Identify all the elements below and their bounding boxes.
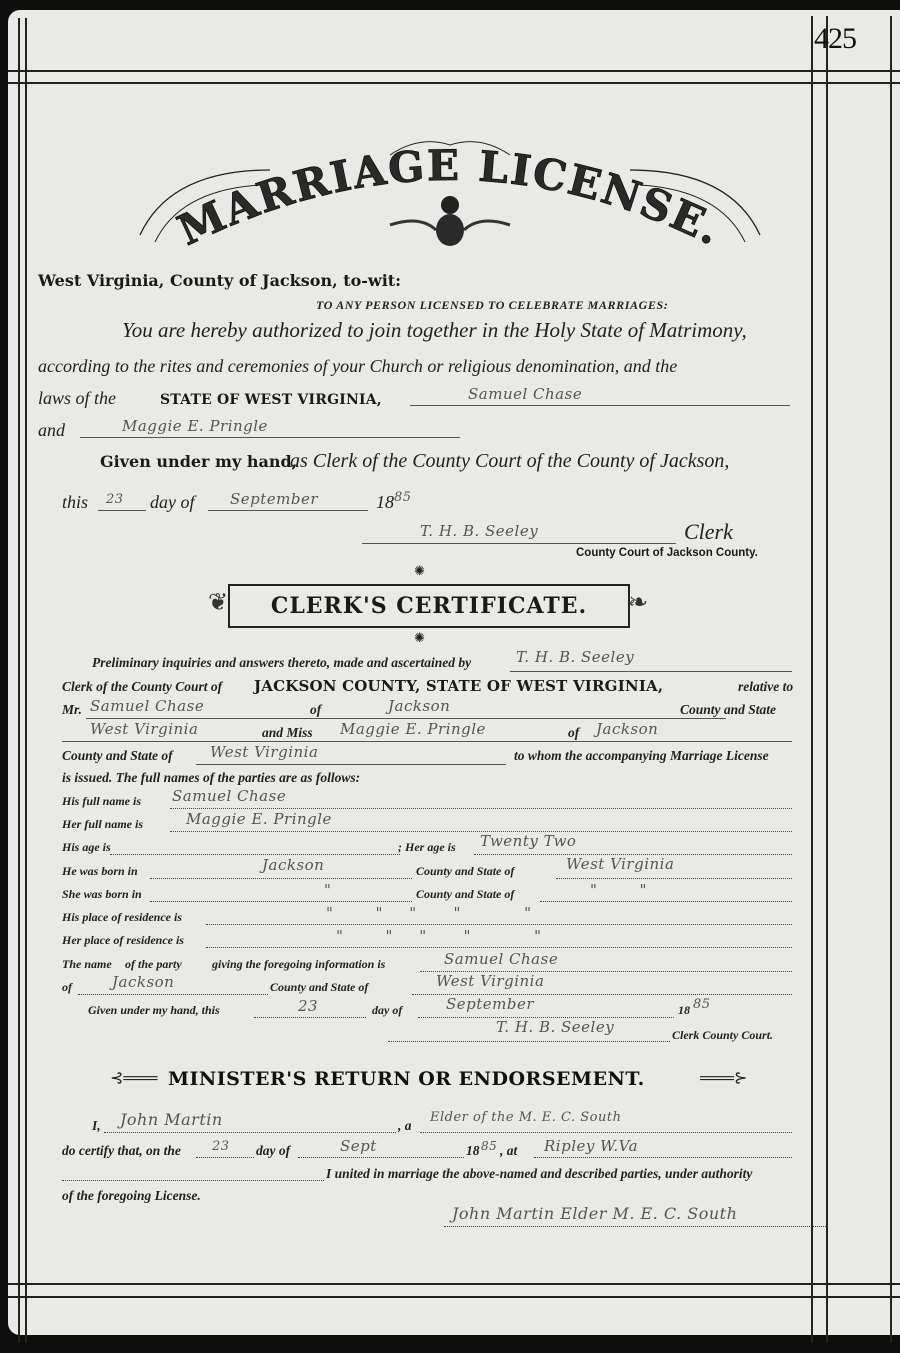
cherub-emblem-icon: [390, 196, 510, 246]
minister-title: MINISTER'S RETURN OR ENDORSEMENT.: [168, 1068, 645, 1090]
mr-county[interactable]: Jackson: [388, 697, 450, 715]
minister-ornament-right-icon: ═══⊱: [700, 1068, 747, 1088]
i-label: I,: [92, 1118, 101, 1134]
miss-of-label: of: [568, 725, 579, 741]
cert-day-line: [254, 1017, 366, 1018]
minister-title-line: [420, 1132, 792, 1133]
party-state[interactable]: West Virginia: [436, 972, 544, 990]
prelim-line: [510, 671, 792, 672]
cert-ornament-right-icon: ❧: [628, 588, 648, 617]
her-full-name[interactable]: Maggie E. Pringle: [186, 810, 332, 828]
and-label: and: [38, 420, 65, 441]
right-border-b: [826, 16, 828, 1343]
minister-year[interactable]: 85: [481, 1139, 497, 1153]
minister-place-line: [534, 1157, 792, 1158]
party-county-line: [78, 994, 268, 995]
he-born-line: [150, 878, 412, 879]
mr-of-label: of: [310, 702, 321, 718]
minister-day-line: [196, 1157, 254, 1158]
his-residence-label: His place of residence is: [62, 910, 182, 925]
license-line-1: You are hereby authorized to join togeth…: [122, 318, 747, 343]
cert-ornament-left-icon: ❦: [208, 588, 228, 617]
miss-county[interactable]: Jackson: [596, 720, 658, 738]
left-border-outer: [18, 18, 20, 1343]
given-label: Given under my hand,: [100, 452, 297, 471]
she-cs-label: County and State of: [416, 887, 514, 902]
to-whom-label: to whom the accompanying Marriage Licens…: [514, 748, 769, 764]
day-of-label: day of: [150, 492, 195, 513]
party-name[interactable]: Samuel Chase: [444, 950, 558, 968]
license-line-2: according to the rites and ceremonies of…: [38, 356, 677, 377]
left-border-inner: [25, 18, 27, 1343]
her-residence[interactable]: " " " " ": [336, 927, 542, 945]
united-blank-line: [62, 1180, 324, 1181]
clerk-label: Clerk: [684, 519, 733, 545]
he-cs-label: County and State of: [416, 864, 514, 879]
minister-ornament-left-icon: ⊰═══: [110, 1068, 157, 1088]
cert-signature[interactable]: T. H. B. Seeley: [496, 1018, 614, 1036]
page-number: 425: [814, 22, 856, 56]
miss-state-line: [196, 764, 506, 765]
her-full-name-label: Her full name is: [62, 817, 143, 832]
cert-sig-line: [388, 1041, 670, 1042]
given-rest: as Clerk of the County Court of the Coun…: [290, 450, 729, 473]
she-born-in[interactable]: ": [324, 881, 331, 899]
groom-line: [410, 405, 790, 406]
top-rule-2: [8, 82, 900, 84]
county-state-label-1: County and State: [680, 702, 776, 718]
cert-county-state: JACKSON COUNTY, STATE OF WEST VIRGINIA,: [254, 677, 663, 695]
county-state-label-2: County and State of: [62, 748, 173, 764]
cert-day-of-label: day of: [372, 1003, 402, 1018]
minister-day-of-label: day of: [256, 1143, 290, 1159]
marriage-license-title: MARRIAGE LICENSE.: [120, 130, 780, 270]
her-residence-label: Her place of residence is: [62, 933, 184, 948]
license-year[interactable]: 85: [394, 490, 412, 505]
his-full-name-label: His full name is: [62, 794, 141, 809]
minister-year-prefix: 18: [466, 1143, 480, 1159]
cert-given-label: Given under my hand, this: [88, 1003, 220, 1018]
state-name: STATE OF WEST VIRGINIA,: [160, 392, 382, 408]
cert-ornament-top: ✺: [414, 563, 425, 579]
minister-month[interactable]: Sept: [340, 1137, 377, 1155]
prelim-label: Preliminary inquiries and answers theret…: [92, 655, 471, 671]
a-label: , a: [398, 1118, 412, 1134]
bottom-rule-2: [8, 1296, 900, 1298]
minister-title-value[interactable]: Elder of the M. E. C. South: [430, 1110, 621, 1125]
clerk-certificate-title: CLERK'S CERTIFICATE.: [271, 593, 587, 619]
his-age-label: His age is: [62, 840, 111, 855]
prelim-by[interactable]: T. H. B. Seeley: [516, 648, 634, 666]
party-label-c: giving the foregoing information is: [212, 957, 385, 972]
miss-name[interactable]: Maggie E. Pringle: [340, 720, 486, 738]
she-born-state[interactable]: " ": [590, 881, 647, 899]
clerk-certificate-box: CLERK'S CERTIFICATE.: [228, 584, 630, 628]
cert-day[interactable]: 23: [298, 997, 318, 1015]
minister-sig-line: [444, 1226, 828, 1227]
she-born-label: She was born in: [62, 887, 142, 902]
groom-name[interactable]: Samuel Chase: [468, 385, 582, 403]
his-full-name-line: [170, 808, 792, 809]
she-state-line: [540, 901, 792, 902]
clerk-sub: County Court of Jackson County.: [576, 547, 758, 559]
he-born-state[interactable]: West Virginia: [566, 855, 674, 873]
license-line-3-prefix: laws of the: [38, 388, 116, 409]
this-label: this: [62, 492, 88, 513]
relative-to-label: relative to: [738, 679, 793, 695]
license-month[interactable]: September: [230, 490, 318, 508]
bride-line: [80, 437, 460, 438]
party-cs-label: County and State of: [270, 980, 368, 995]
clerk-signature[interactable]: T. H. B. Seeley: [420, 522, 538, 540]
cert-sig-label: Clerk County Court.: [672, 1028, 773, 1043]
his-full-name[interactable]: Samuel Chase: [172, 787, 286, 805]
party-label-a: The name: [62, 957, 112, 972]
month-line: [208, 510, 368, 511]
cert-year[interactable]: 85: [693, 997, 711, 1012]
cert-month[interactable]: September: [446, 995, 534, 1013]
minister-place[interactable]: Ripley W.Va: [544, 1137, 638, 1155]
her-age-label: ; Her age is: [398, 840, 456, 855]
jurisdiction-line: West Virginia, County of Jackson, to-wit…: [38, 271, 401, 290]
his-residence[interactable]: " " " " ": [326, 904, 532, 922]
certify-label: do certify that, on the: [62, 1143, 181, 1159]
at-label: , at: [500, 1143, 517, 1159]
bottom-rule-1: [8, 1283, 900, 1285]
year-prefix: 18: [376, 492, 394, 513]
top-rule-1: [8, 70, 900, 72]
he-born-label: He was born in: [62, 864, 138, 879]
she-born-line: [150, 901, 412, 902]
mr-label: Mr.: [62, 702, 82, 718]
minister-name-line: [104, 1132, 396, 1133]
miss-state[interactable]: West Virginia: [210, 743, 318, 761]
bride-name[interactable]: Maggie E. Pringle: [122, 417, 268, 435]
cert-ornament-bottom: ✺: [414, 630, 425, 646]
day-line: [98, 510, 146, 511]
minister-day[interactable]: 23: [212, 1139, 230, 1154]
her-residence-line: [206, 947, 792, 948]
and-miss-label: and Miss: [262, 725, 313, 741]
her-age[interactable]: Twenty Two: [480, 832, 576, 850]
party-label-b: of the party: [125, 957, 182, 972]
mr-state-line: [62, 741, 792, 742]
license-label: of the foregoing License.: [62, 1188, 201, 1204]
clerk-of-label: Clerk of the County Court of: [62, 679, 222, 695]
he-state-line: [556, 878, 792, 879]
party-county[interactable]: Jackson: [112, 973, 174, 991]
addressee-line: TO ANY PERSON LICENSED TO CELEBRATE MARR…: [316, 298, 668, 313]
his-residence-line: [206, 924, 792, 925]
license-day[interactable]: 23: [106, 492, 124, 507]
mr-state[interactable]: West Virginia: [90, 720, 198, 738]
mr-line: [86, 718, 726, 719]
right-border-c: [890, 16, 892, 1343]
issued-label: is issued. The full names of the parties…: [62, 770, 360, 786]
minister-month-line: [298, 1157, 464, 1158]
cert-year-prefix: 18: [678, 1003, 690, 1018]
party-of-label: of: [62, 980, 72, 995]
minister-name[interactable]: John Martin: [120, 1110, 223, 1129]
right-border-a: [811, 16, 813, 1343]
he-born-in[interactable]: Jackson: [262, 856, 324, 874]
mr-name[interactable]: Samuel Chase: [90, 697, 204, 715]
his-age-line: [110, 854, 400, 855]
minister-signature[interactable]: John Martin Elder M. E. C. South: [452, 1204, 737, 1223]
clerk-sig-line: [362, 543, 676, 544]
united-label: I united in marriage the above-named and…: [326, 1166, 752, 1182]
